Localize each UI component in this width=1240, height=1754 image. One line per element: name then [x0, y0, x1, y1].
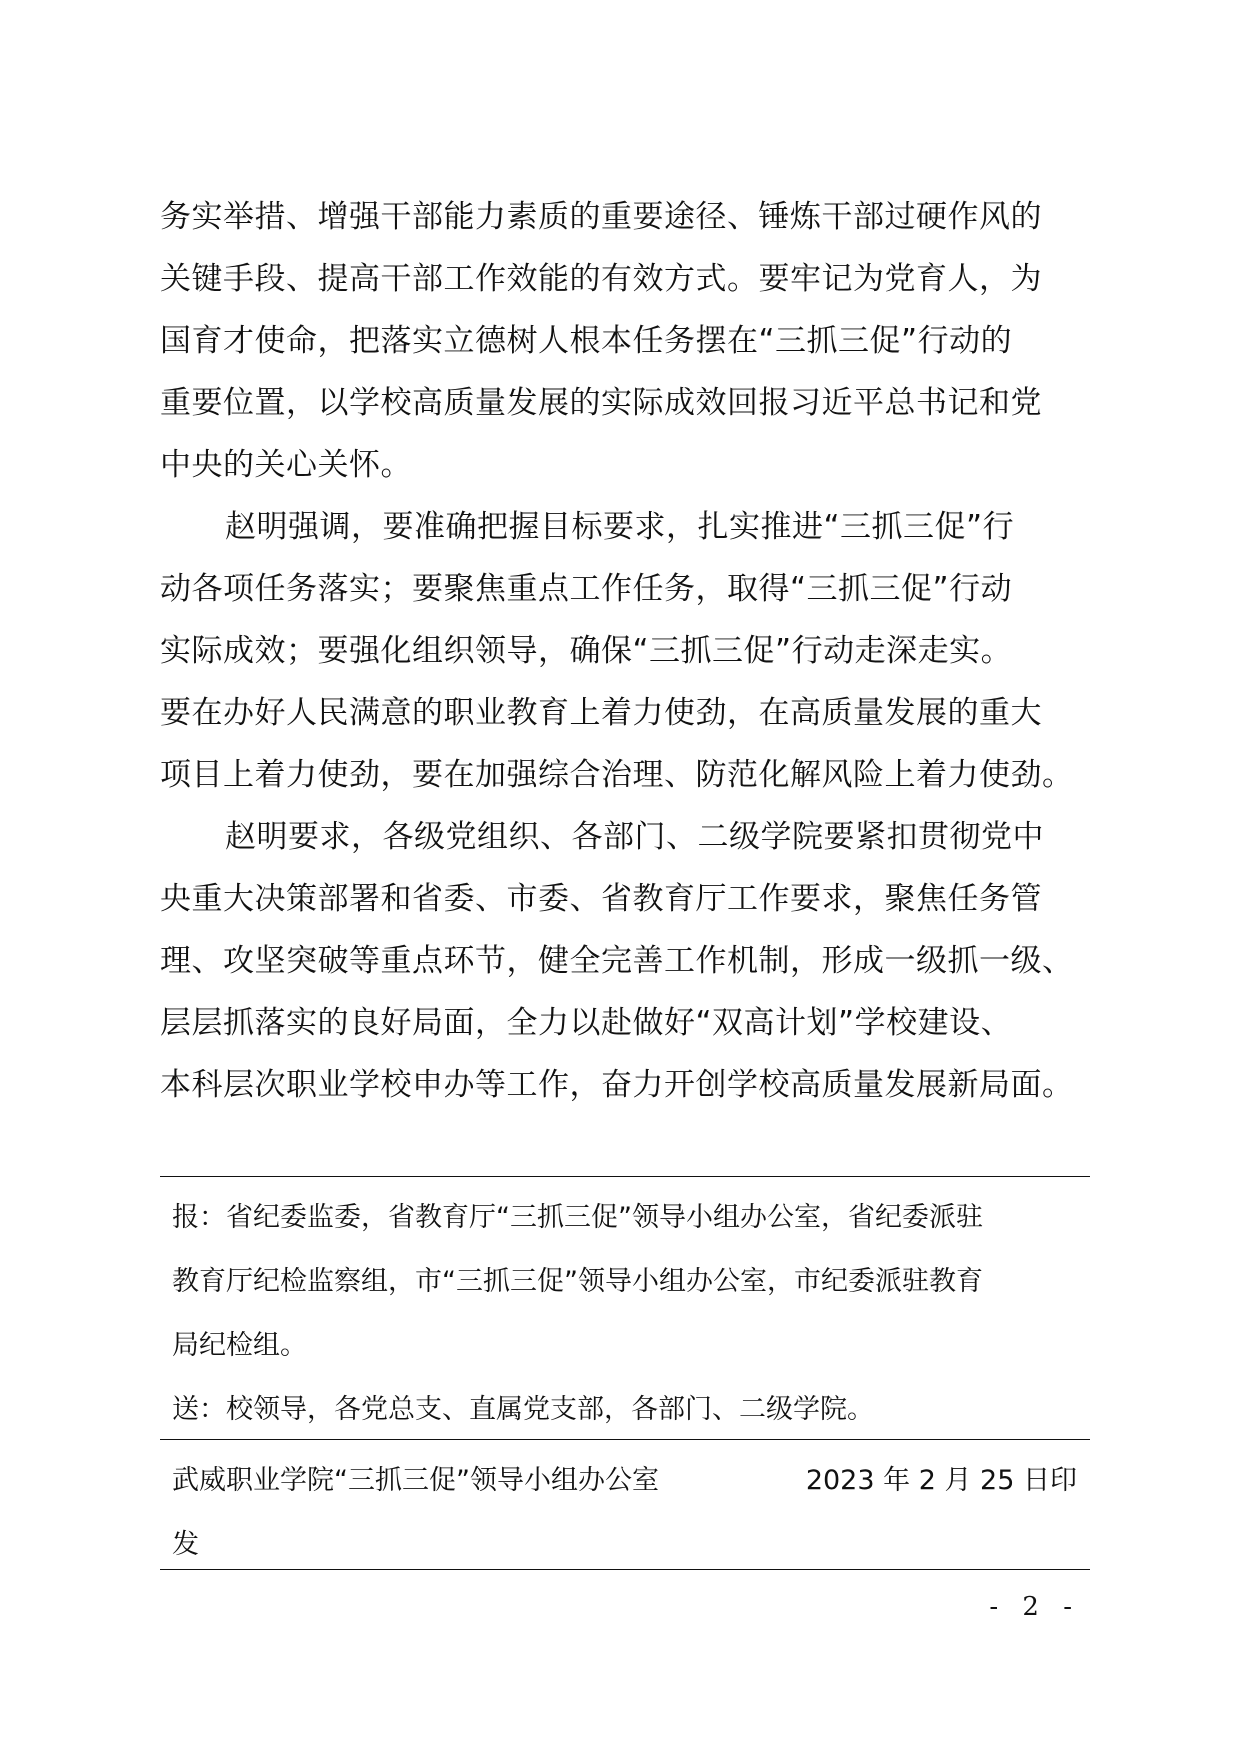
text-line: 理、攻坚突破等重点环节，健全完善工作机制，形成一级抓一级、 — [160, 930, 1090, 992]
text-line: 关键手段、提高干部工作效能的有效方式。要牢记为党育人，为 — [160, 248, 1090, 310]
text-line: 实际成效；要强化组织领导，确保“三抓三促”行动走深走实。 — [160, 620, 1090, 682]
paragraph-1: 务实举措、增强干部能力素质的重要途径、锤炼干部过硬作风的 关键手段、提高干部工作… — [160, 186, 1090, 496]
paragraph-3: 赵明要求，各级党组织、各部门、二级学院要紧扣贯彻党中 央重大决策部署和省委、市委… — [160, 806, 1090, 1116]
divider-middle — [160, 1439, 1090, 1440]
document-body: 务实举措、增强干部能力素质的重要途径、锤炼干部过硬作风的 关键手段、提高干部工作… — [160, 186, 1090, 1116]
issue-date-wrap: 发 — [172, 1513, 1090, 1577]
report-to-line: 局纪检组。 — [172, 1314, 1090, 1378]
issuer-name: 武威职业学院“三抓三促”领导小组办公室 — [172, 1449, 659, 1513]
text-line: 层层抓落实的良好局面，全力以赴做好“双高计划”学校建设、 — [160, 992, 1090, 1054]
issuer-block: 武威职业学院“三抓三促”领导小组办公室 2023 年 2 月 25 日印 发 — [172, 1449, 1090, 1577]
text-line: 央重大决策部署和省委、市委、省教育厅工作要求，聚焦任务管 — [160, 868, 1090, 930]
text-line: 赵明强调，要准确把握目标要求，扎实推进“三抓三促”行 — [160, 496, 1090, 558]
report-to-block: 报：省纪委监委，省教育厅“三抓三促”领导小组办公室，省纪委派驻 教育厅纪检监察组… — [172, 1186, 1090, 1442]
divider-top — [160, 1176, 1090, 1177]
send-to-line: 送：校领导，各党总支、直属党支部，各部门、二级学院。 — [172, 1378, 1090, 1442]
issuer-row: 武威职业学院“三抓三促”领导小组办公室 2023 年 2 月 25 日印 — [172, 1449, 1077, 1513]
page-number: - 2 - — [989, 1592, 1080, 1622]
paragraph-2: 赵明强调，要准确把握目标要求，扎实推进“三抓三促”行 动各项任务落实；要聚焦重点… — [160, 496, 1090, 806]
text-line: 本科层次职业学校申办等工作，奋力开创学校高质量发展新局面。 — [160, 1054, 1090, 1116]
issue-date: 2023 年 2 月 25 日印 — [806, 1449, 1077, 1513]
text-line: 重要位置，以学校高质量发展的实际成效回报习近平总书记和党 — [160, 372, 1090, 434]
text-line: 国育才使命，把落实立德树人根本任务摆在“三抓三促”行动的 — [160, 310, 1090, 372]
text-line: 动各项任务落实；要聚焦重点工作任务，取得“三抓三促”行动 — [160, 558, 1090, 620]
divider-bottom — [160, 1569, 1090, 1570]
text-line: 务实举措、增强干部能力素质的重要途径、锤炼干部过硬作风的 — [160, 186, 1090, 248]
text-line: 项目上着力使劲，要在加强综合治理、防范化解风险上着力使劲。 — [160, 744, 1090, 806]
text-line: 要在办好人民满意的职业教育上着力使劲，在高质量发展的重大 — [160, 682, 1090, 744]
report-to-line: 报：省纪委监委，省教育厅“三抓三促”领导小组办公室，省纪委派驻 — [172, 1186, 1090, 1250]
report-to-line: 教育厅纪检监察组，市“三抓三促”领导小组办公室，市纪委派驻教育 — [172, 1250, 1090, 1314]
text-line: 中央的关心关怀。 — [160, 434, 1090, 496]
text-line: 赵明要求，各级党组织、各部门、二级学院要紧扣贯彻党中 — [160, 806, 1090, 868]
